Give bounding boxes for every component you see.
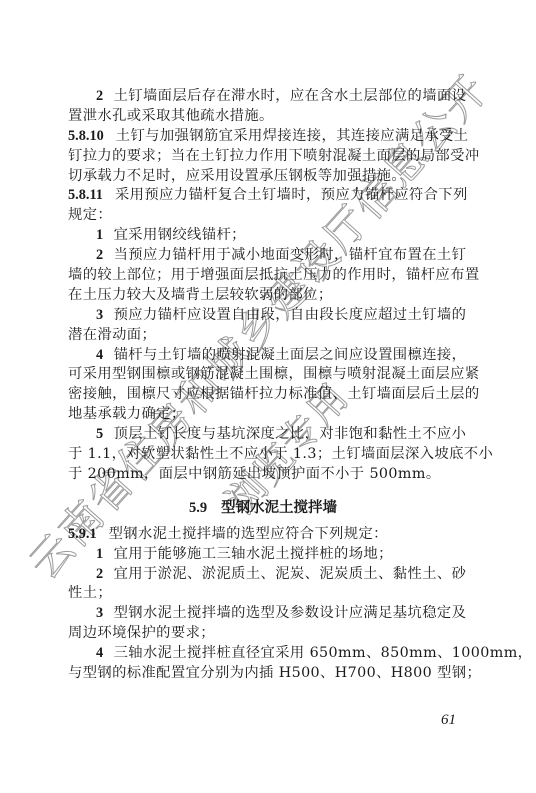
line-text: 三轴水泥土搅拌桩直径宜采用 650mm、850mm、1000mm， — [114, 645, 533, 661]
text-line: 切承载力不足时，应采用设置承压钢板等加强措施。 — [68, 167, 458, 187]
text-line: 性土； — [68, 584, 458, 604]
text-line: 4锚杆与土钉墙的喷射混凝土面层之间应设置围檩连接， — [68, 346, 458, 366]
text-line: 墙的较上部位；用于增强面层抵抗土压力的作用时，锚杆应布置 — [68, 266, 458, 286]
line-text: 可采用型钢围檩或钢筋混凝土围檩，围檩与喷射混凝土面层应紧 — [68, 366, 480, 382]
text-line: 密接触，围檩尺寸应根据锚杆拉力标准值、土钉墙面层后土层的 — [68, 385, 458, 405]
line-text: 地基承载力确定； — [68, 406, 186, 422]
line-text: 预应力锚杆应设置自由段，自由段长度应超过土钉墙的 — [114, 307, 467, 323]
line-text: 性土； — [68, 585, 112, 601]
text-line: 于 1.1，对软塑状黏性土不应小于 1.3；土钉墙面层深入坡底不小 — [68, 445, 458, 465]
text-line: 2宜用于淤泥、淤泥质土、泥炭、泥炭质土、黏性土、砂 — [68, 565, 458, 585]
line-text: 置泄水孔或采取其他疏水措施。 — [68, 108, 274, 124]
page-number: 61 — [441, 712, 456, 729]
text-line: 5顶层土钉长度与基坑深度之比，对非饱和黏性土不应小 — [68, 425, 458, 445]
line-text: 宜用于能够施工三轴水泥土搅拌桩的场地； — [114, 546, 393, 562]
text-line: 在土压力较大及墙背土层较软弱的部位； — [68, 286, 458, 306]
line-text: 切承载力不足时，应采用设置承压钢板等加强措施。 — [68, 168, 406, 184]
item-number: 2 — [96, 566, 104, 582]
item-number: 4 — [96, 645, 104, 661]
line-text: 与型钢的标准配置宜分别为内插 H500、H700、H800 型钢； — [68, 665, 481, 681]
line-text: 于 200mm，面层中钢筋延出坡顶护面不小于 500mm。 — [68, 466, 441, 482]
text-line: 5.8.10土钉与加强钢筋宜采用焊接连接，其连接应满足承受土 — [68, 127, 458, 147]
section-title: 型钢水泥土搅拌墙 — [221, 500, 337, 516]
text-line: 2土钉墙面层后存在滞水时，应在含水土层部位的墙面设 — [68, 87, 458, 107]
text-line: 5.9.1型钢水泥土搅拌墙的选型应符合下列规定： — [68, 525, 458, 545]
text-line: 3型钢水泥土搅拌墙的选型及参数设计应满足基坑稳定及 — [68, 604, 458, 624]
text-line: 地基承载力确定； — [68, 405, 458, 425]
text-line: 1宜采用钢绞线锚杆； — [68, 226, 458, 246]
line-text: 土钉墙面层后存在滞水时，应在含水土层部位的墙面设 — [114, 88, 467, 104]
section-number: 5.9 — [189, 500, 207, 516]
item-number: 2 — [96, 88, 104, 104]
clause-number: 5.8.10 — [68, 128, 104, 144]
line-text: 土钉与加强钢筋宜采用焊接连接，其连接应满足承受土 — [116, 128, 469, 144]
line-text: 宜采用钢绞线锚杆； — [114, 227, 246, 243]
text-line: 4三轴水泥土搅拌桩直径宜采用 650mm、850mm、1000mm， — [68, 644, 458, 664]
section-5-8-continued: 2土钉墙面层后存在滞水时，应在含水土层部位的墙面设置泄水孔或采取其他疏水措施。5… — [68, 87, 458, 485]
line-text: 于 1.1，对软塑状黏性土不应小于 1.3；土钉墙面层深入坡底不小 — [68, 446, 493, 462]
line-text: 锚杆与土钉墙的喷射混凝土面层之间应设置围檩连接， — [114, 347, 467, 363]
text-line: 钉拉力的要求；当在土钉拉力作用下喷射混凝土面层的局部受冲 — [68, 147, 458, 167]
text-line: 于 200mm，面层中钢筋延出坡顶护面不小于 500mm。 — [68, 465, 458, 485]
text-line: 可采用型钢围檩或钢筋混凝土围檩，围檩与喷射混凝土面层应紧 — [68, 365, 458, 385]
text-line: 1宜用于能够施工三轴水泥土搅拌桩的场地； — [68, 545, 458, 565]
item-number: 3 — [96, 307, 104, 323]
document-page: 云南省住房和城乡建设厅信息公开 浏览专用 2土钉墙面层后存在滞水时，应在含水土层… — [0, 0, 536, 793]
clause-number: 5.8.11 — [68, 187, 103, 203]
item-number: 2 — [96, 247, 104, 263]
line-text: 潜在滑动面； — [68, 327, 156, 343]
item-number: 1 — [96, 227, 104, 243]
line-text: 墙的较上部位；用于增强面层抵抗土压力的作用时，锚杆应布置 — [68, 267, 480, 283]
item-number: 5 — [96, 426, 104, 442]
section-heading: 5.9型钢水泥土搅拌墙 — [68, 491, 458, 525]
text-line: 与型钢的标准配置宜分别为内插 H500、H700、H800 型钢； — [68, 664, 458, 684]
item-number: 3 — [96, 605, 104, 621]
body-text: 2土钉墙面层后存在滞水时，应在含水土层部位的墙面设置泄水孔或采取其他疏水措施。5… — [68, 87, 458, 684]
text-line: 置泄水孔或采取其他疏水措施。 — [68, 107, 458, 127]
line-text: 周边环境保护的要求； — [68, 625, 215, 641]
section-5-9: 5.9.1型钢水泥土搅拌墙的选型应符合下列规定：1宜用于能够施工三轴水泥土搅拌桩… — [68, 525, 458, 684]
line-text: 密接触，围檩尺寸应根据锚杆拉力标准值、土钉墙面层后土层的 — [68, 386, 480, 402]
item-number: 4 — [96, 347, 104, 363]
text-line: 2当预应力锚杆用于减小地面变形时，锚杆宜布置在土钉 — [68, 246, 458, 266]
text-line: 周边环境保护的要求； — [68, 624, 458, 644]
text-line: 5.8.11采用预应力锚杆复合土钉墙时，预应力锚杆应符合下列 — [68, 186, 458, 206]
line-text: 规定： — [68, 207, 112, 223]
line-text: 在土压力较大及墙背土层较软弱的部位； — [68, 287, 333, 303]
line-text: 型钢水泥土搅拌墙的选型应符合下列规定： — [109, 526, 388, 542]
text-line: 3预应力锚杆应设置自由段，自由段长度应超过土钉墙的 — [68, 306, 458, 326]
clause-number: 5.9.1 — [68, 526, 97, 542]
line-text: 采用预应力锚杆复合土钉墙时，预应力锚杆应符合下列 — [115, 187, 468, 203]
line-text: 型钢水泥土搅拌墙的选型及参数设计应满足基坑稳定及 — [114, 605, 467, 621]
line-text: 顶层土钉长度与基坑深度之比，对非饱和黏性土不应小 — [114, 426, 467, 442]
line-text: 当预应力锚杆用于减小地面变形时，锚杆宜布置在土钉 — [114, 247, 467, 263]
line-text: 钉拉力的要求；当在土钉拉力作用下喷射混凝土面层的局部受冲 — [68, 148, 480, 164]
item-number: 1 — [96, 546, 104, 562]
text-line: 规定： — [68, 206, 458, 226]
line-text: 宜用于淤泥、淤泥质土、泥炭、泥炭质土、黏性土、砂 — [114, 566, 467, 582]
text-line: 潜在滑动面； — [68, 326, 458, 346]
